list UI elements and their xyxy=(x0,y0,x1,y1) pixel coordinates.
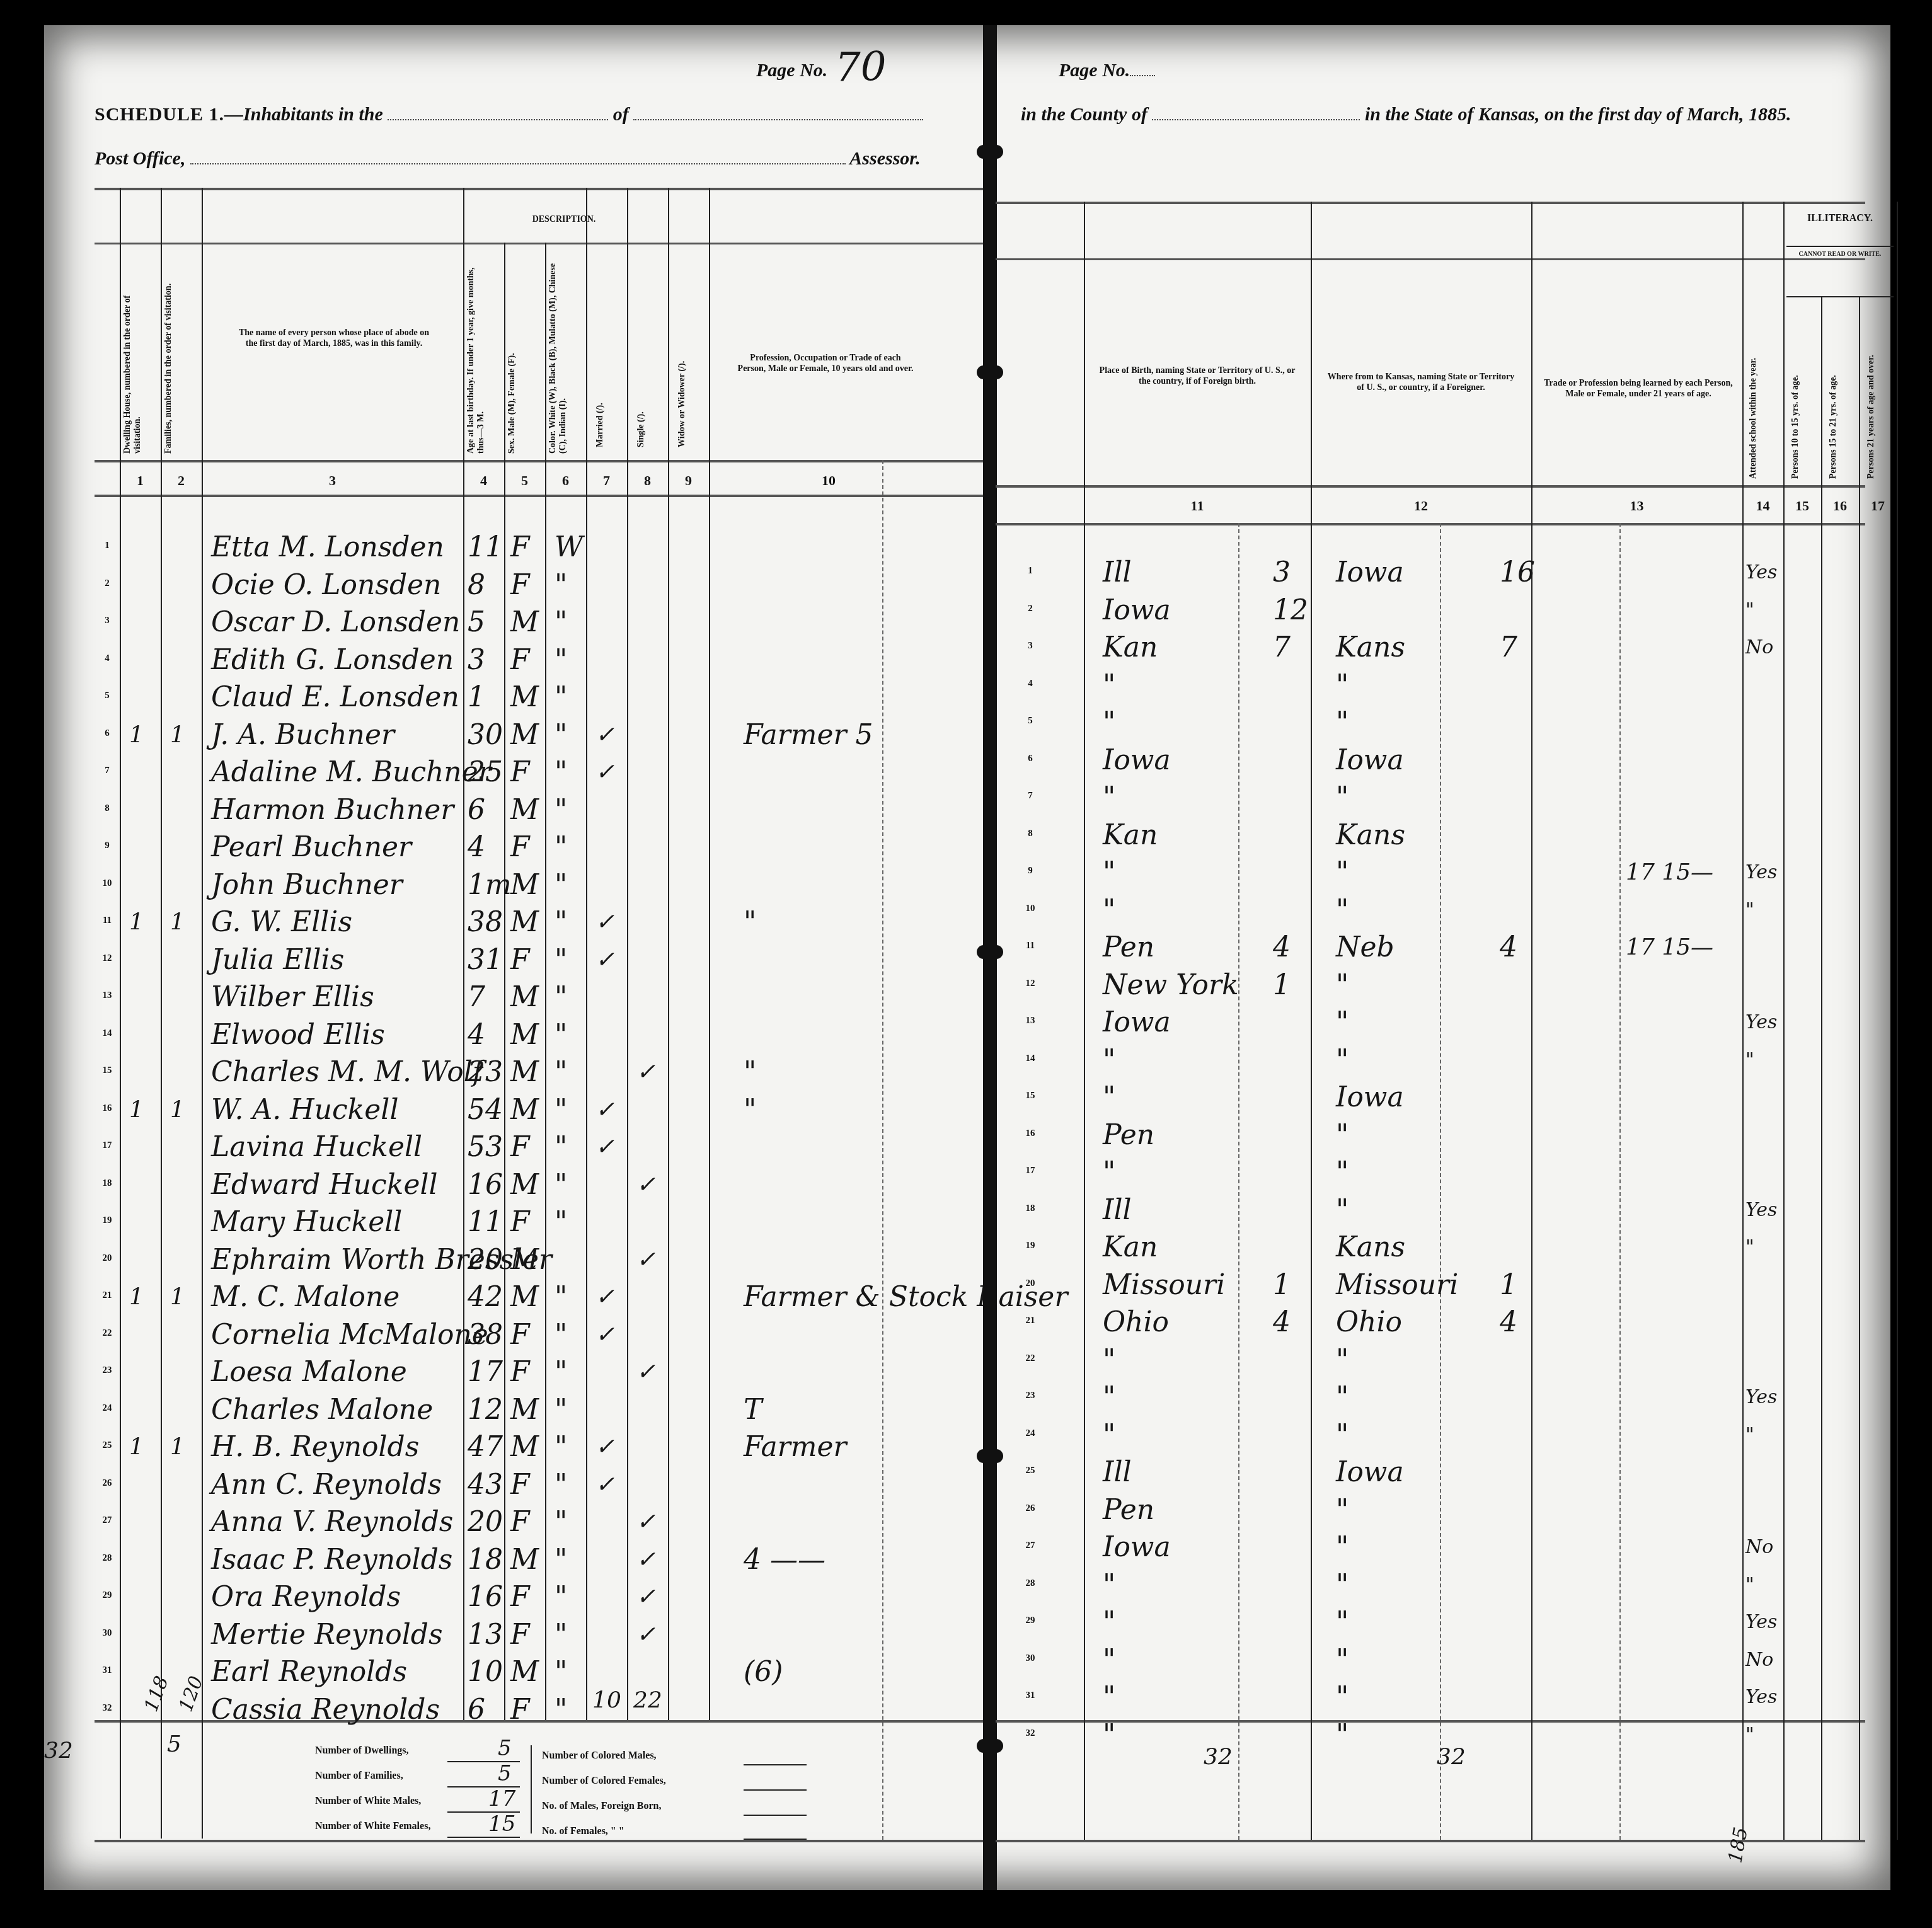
birth-place: " xyxy=(1103,1042,1115,1078)
dwelling-number: 1 xyxy=(129,1429,144,1465)
row-number: 25 xyxy=(1021,1466,1040,1476)
birth-tally: 4 xyxy=(1273,1304,1291,1340)
color: " xyxy=(555,829,567,865)
where-from: Iowa xyxy=(1336,742,1404,778)
sex: F xyxy=(510,1204,530,1240)
sex: F xyxy=(510,1579,530,1615)
col3-header: The name of every person whose place of … xyxy=(233,328,435,349)
row-number: 3 xyxy=(1021,641,1040,651)
birth-tally: 1 xyxy=(1273,1267,1291,1303)
age: 20 xyxy=(468,1242,503,1278)
color: " xyxy=(555,604,567,640)
birth-place: New York xyxy=(1103,967,1239,1003)
families-value: 5 xyxy=(498,1761,512,1786)
color: " xyxy=(555,1054,567,1090)
birth-place: Kan xyxy=(1103,817,1158,853)
age: 43 xyxy=(468,1467,503,1503)
row-number: 3 xyxy=(98,616,117,626)
age: 7 xyxy=(468,979,485,1015)
sex: M xyxy=(510,1542,539,1578)
attended-school: " xyxy=(1745,1417,1754,1453)
where-from: Iowa xyxy=(1336,1079,1404,1115)
row-number: 31 xyxy=(1021,1690,1040,1701)
colored-males-label: Number of Colored Males, xyxy=(542,1750,657,1762)
row-number: 27 xyxy=(1021,1541,1040,1551)
where-from: " xyxy=(1336,1567,1348,1603)
col-num: 2 xyxy=(161,473,202,489)
person-name: Ora Reynolds xyxy=(211,1579,401,1615)
married-mark: ✓ xyxy=(595,1092,614,1128)
married-mark: ✓ xyxy=(595,1467,614,1503)
row-number: 8 xyxy=(98,803,117,814)
age: 25 xyxy=(468,754,503,790)
row-number: 10 xyxy=(1021,904,1040,914)
color: " xyxy=(555,1129,567,1165)
person-name: Charles Malone xyxy=(211,1392,433,1428)
left-page: Page No. 70 SCHEDULE 1.—Inhabitants in t… xyxy=(44,25,983,1890)
color: " xyxy=(555,754,567,790)
single-mark: ✓ xyxy=(636,1354,655,1390)
birth-place: " xyxy=(1103,854,1115,890)
col8-header: Single (/). xyxy=(636,296,655,447)
where-from: " xyxy=(1336,1604,1348,1640)
age: 20 xyxy=(468,1504,503,1540)
row-number: 5 xyxy=(98,691,117,701)
sex: F xyxy=(510,1617,530,1653)
where-from: " xyxy=(1336,1042,1348,1078)
attended-school: " xyxy=(1745,1229,1754,1265)
birth-tally: 12 xyxy=(1273,592,1308,628)
birth-tally: 3 xyxy=(1273,554,1291,590)
row-number: 21 xyxy=(1021,1316,1040,1326)
birth-place: " xyxy=(1103,1379,1115,1415)
sex: F xyxy=(510,829,530,865)
birth-place: " xyxy=(1103,1079,1115,1115)
attended-school: No xyxy=(1745,1642,1773,1678)
birth-place: Kan xyxy=(1103,629,1158,665)
row-number: 18 xyxy=(1021,1203,1040,1214)
schedule-title: SCHEDULE 1.—Inhabitants in the of xyxy=(95,104,923,125)
from-tally: 16 xyxy=(1500,554,1535,590)
where-from: " xyxy=(1336,1004,1348,1040)
color: " xyxy=(555,679,567,715)
birth-tally: 4 xyxy=(1273,929,1291,965)
where-from: Iowa xyxy=(1336,554,1404,590)
family-number: 1 xyxy=(170,1092,185,1128)
birth-place: " xyxy=(1103,1717,1115,1753)
row-number: 30 xyxy=(1021,1653,1040,1664)
col-num: 5 xyxy=(504,473,545,489)
sex: F xyxy=(510,1692,530,1728)
census-page-scan: Page No. 70 SCHEDULE 1.—Inhabitants in t… xyxy=(44,25,1890,1890)
where-from: Iowa xyxy=(1336,1454,1404,1490)
sex: M xyxy=(510,604,539,640)
attended-school: " xyxy=(1745,592,1754,628)
age: 42 xyxy=(468,1279,503,1315)
row-number: 31 xyxy=(98,1665,117,1676)
birth-place: Ohio xyxy=(1103,1304,1169,1340)
dwellings-value: 5 xyxy=(498,1736,512,1761)
col-num: 3 xyxy=(202,473,463,489)
occupation: 4 —— xyxy=(744,1542,825,1578)
birth-place: " xyxy=(1103,1154,1115,1190)
row-number: 2 xyxy=(98,578,117,589)
birth-total: 32 xyxy=(1204,1739,1233,1775)
where-from: Neb xyxy=(1336,929,1394,965)
color: " xyxy=(555,1354,567,1390)
attended-school: Yes xyxy=(1745,854,1777,890)
sex: F xyxy=(510,529,530,565)
col13-header: Trade or Profession being learned by eac… xyxy=(1541,378,1736,399)
sex: M xyxy=(510,1654,539,1690)
family-total: 120 xyxy=(168,1671,214,1717)
col11-header: Place of Birth, naming State or Territor… xyxy=(1093,365,1301,387)
family-number: 1 xyxy=(170,904,185,940)
color: " xyxy=(555,1167,567,1203)
page-number-label-left: Page No. xyxy=(756,60,827,81)
col-num: 7 xyxy=(586,473,627,489)
birth-place: Iowa xyxy=(1103,592,1171,628)
row-number: 11 xyxy=(98,915,117,926)
age: 18 xyxy=(468,1542,503,1578)
row-number: 23 xyxy=(98,1365,117,1376)
color: " xyxy=(555,867,567,903)
col-num: 12 xyxy=(1311,498,1531,514)
where-from: Kans xyxy=(1336,817,1405,853)
col1-header: Dwelling House, numbered in the order of… xyxy=(123,271,158,454)
sex: M xyxy=(510,1242,539,1278)
row-number: 24 xyxy=(98,1403,117,1414)
right-page: Page No. in the County of in the State o… xyxy=(996,25,1890,1890)
where-from: " xyxy=(1336,704,1348,740)
foreign-females-label: No. of Females, " " xyxy=(542,1826,624,1837)
col6-header: Color. White (W), Black (B), Mulatto (M)… xyxy=(548,252,583,454)
sex: F xyxy=(510,567,530,603)
where-from: " xyxy=(1336,779,1348,815)
color: " xyxy=(555,979,567,1015)
color: " xyxy=(555,904,567,940)
row-number: 14 xyxy=(98,1028,117,1039)
person-name: G. W. Ellis xyxy=(211,904,352,940)
age: 38 xyxy=(468,1317,503,1353)
attended-school: Yes xyxy=(1745,1192,1777,1228)
person-name: Edward Huckell xyxy=(211,1167,438,1203)
sex: M xyxy=(510,904,539,940)
white-males-label: Number of White Males, xyxy=(315,1796,421,1807)
single-mark: ✓ xyxy=(636,1579,655,1615)
color: " xyxy=(555,1017,567,1053)
row-number: 4 xyxy=(98,653,117,664)
col7-header: Married (/). xyxy=(595,296,614,447)
color: W xyxy=(555,529,583,565)
birth-place: " xyxy=(1103,1679,1115,1715)
birth-place: Iowa xyxy=(1103,1004,1171,1040)
row-number: 29 xyxy=(1021,1615,1040,1626)
white-males-value: 17 xyxy=(488,1786,515,1811)
birth-place: Kan xyxy=(1103,1229,1158,1265)
from-tally: 4 xyxy=(1500,929,1517,965)
person-name: Isaac P. Reynolds xyxy=(211,1542,452,1578)
dwelling-number: 1 xyxy=(129,904,144,940)
row-number: 7 xyxy=(1021,791,1040,801)
birth-place: " xyxy=(1103,1417,1115,1453)
post-office-line: Post Office, Assessor. xyxy=(95,148,921,169)
birth-place: " xyxy=(1103,1604,1115,1640)
row-number: 29 xyxy=(98,1590,117,1601)
where-from: Ohio xyxy=(1336,1304,1402,1340)
col-num: 13 xyxy=(1531,498,1742,514)
person-name: Loesa Malone xyxy=(211,1354,407,1390)
from-total: 32 xyxy=(1437,1739,1466,1775)
row-number: 32 xyxy=(1021,1728,1040,1739)
row-number: 1 xyxy=(1021,566,1040,577)
single-total: 22 xyxy=(633,1682,662,1718)
age: 11 xyxy=(468,529,503,565)
age: 4 xyxy=(468,829,485,865)
row-number: 5 xyxy=(1021,716,1040,726)
attended-school: Yes xyxy=(1745,554,1777,590)
colored-females-label: Number of Colored Females, xyxy=(542,1776,666,1787)
sex: F xyxy=(510,642,530,678)
color: " xyxy=(555,1429,567,1465)
description-group-header: DESCRIPTION. xyxy=(507,214,621,225)
occupation: T xyxy=(744,1392,762,1428)
age: 1 xyxy=(468,679,485,715)
row-number: 15 xyxy=(98,1065,117,1076)
where-from: " xyxy=(1336,967,1348,1003)
row-number: 21 xyxy=(98,1290,117,1301)
age: 17 xyxy=(468,1354,503,1390)
age: 31 xyxy=(468,942,503,978)
row-number: 22 xyxy=(1021,1353,1040,1364)
color: " xyxy=(555,942,567,978)
person-name: Julia Ellis xyxy=(211,942,344,978)
sex: M xyxy=(510,1167,539,1203)
sex: M xyxy=(510,979,539,1015)
person-name: Anna V. Reynolds xyxy=(211,1504,453,1540)
where-from: " xyxy=(1336,1642,1348,1678)
age: 10 xyxy=(468,1654,503,1690)
person-name: Adaline M. Buchner xyxy=(211,754,492,790)
married-mark: ✓ xyxy=(595,1429,614,1465)
color: " xyxy=(555,1579,567,1615)
where-from: " xyxy=(1336,1417,1348,1453)
color: " xyxy=(555,717,567,753)
sex: F xyxy=(510,1467,530,1503)
single-mark: ✓ xyxy=(636,1167,655,1203)
row-number: 25 xyxy=(98,1440,117,1451)
sex: F xyxy=(510,1354,530,1390)
person-name: Charles M. M. Wolf xyxy=(211,1054,483,1090)
sex: M xyxy=(510,1017,539,1053)
color: " xyxy=(555,1504,567,1540)
birth-place: Ill xyxy=(1103,554,1132,590)
col5-header: Sex. Male (M), Female (F). xyxy=(507,252,542,454)
age: 16 xyxy=(468,1167,503,1203)
married-mark: ✓ xyxy=(595,754,614,790)
col17-header: Persons 21 years of age and over. xyxy=(1866,302,1892,479)
person-name: John Buchner xyxy=(211,867,403,903)
person-name: J. A. Buchner xyxy=(211,717,394,753)
row-number: 2 xyxy=(1021,604,1040,614)
row-number: 19 xyxy=(98,1215,117,1226)
row-number: 32 xyxy=(98,1703,117,1714)
row-number: 6 xyxy=(98,728,117,739)
row-number: 20 xyxy=(1021,1278,1040,1289)
where-from: " xyxy=(1336,667,1348,703)
birth-place: " xyxy=(1103,1567,1115,1603)
age: 6 xyxy=(468,792,485,828)
row-number: 4 xyxy=(1021,679,1040,689)
row-number: 26 xyxy=(1021,1503,1040,1514)
person-name: Edith G. Lonsden xyxy=(211,642,454,678)
birth-place: Ill xyxy=(1103,1454,1132,1490)
where-from: Kans xyxy=(1336,629,1405,665)
where-from: " xyxy=(1336,1379,1348,1415)
birth-place: " xyxy=(1103,1342,1115,1378)
page-number-left: 70 xyxy=(835,44,886,91)
where-from: " xyxy=(1336,1529,1348,1565)
birth-place: " xyxy=(1103,779,1115,815)
color: " xyxy=(555,567,567,603)
where-from: " xyxy=(1336,1192,1348,1228)
row-number: 17 xyxy=(1021,1166,1040,1176)
person-name: Earl Reynolds xyxy=(211,1654,407,1690)
person-name: H. B. Reynolds xyxy=(211,1429,419,1465)
sex: M xyxy=(510,1429,539,1465)
attended-school: " xyxy=(1745,892,1754,928)
occupation: Farmer 5 xyxy=(744,717,873,753)
color: " xyxy=(555,1317,567,1353)
birth-place: Missouri xyxy=(1103,1267,1225,1303)
row-number: 6 xyxy=(1021,754,1040,764)
color: " xyxy=(555,1654,567,1690)
row-number: 14 xyxy=(1021,1053,1040,1064)
sex: F xyxy=(510,942,530,978)
row-number: 13 xyxy=(1021,1016,1040,1026)
from-tally: 4 xyxy=(1500,1304,1517,1340)
single-mark: ✓ xyxy=(636,1054,655,1090)
row-number: 9 xyxy=(98,841,117,851)
age: 16 xyxy=(468,1579,503,1615)
person-name: Wilber Ellis xyxy=(211,979,374,1015)
birth-place: Pen xyxy=(1103,929,1154,965)
single-mark: ✓ xyxy=(636,1242,655,1278)
occupation: " xyxy=(744,1054,756,1090)
age: 11 xyxy=(468,1204,503,1240)
where-from: " xyxy=(1336,1717,1348,1753)
person-name: Etta M. Lonsden xyxy=(211,529,444,565)
col-num: 9 xyxy=(668,473,709,489)
row-number: 12 xyxy=(98,953,117,964)
where-from: " xyxy=(1336,1154,1348,1190)
attended-school: " xyxy=(1745,1717,1754,1753)
col16-header: Persons 15 to 21 yrs. of age. xyxy=(1829,302,1854,479)
row-number: 27 xyxy=(98,1515,117,1526)
person-name: Claud E. Lonsden xyxy=(211,679,459,715)
attended-school: Yes xyxy=(1745,1379,1777,1415)
family-number: 1 xyxy=(170,717,185,753)
col-num: 17 xyxy=(1859,498,1897,514)
cannot-read-header: CANNOT READ OR WRITE. xyxy=(1786,249,1894,260)
color: " xyxy=(555,1392,567,1428)
sex: F xyxy=(510,754,530,790)
dwellings-margin-total: 5 xyxy=(167,1726,181,1762)
col-num: 1 xyxy=(120,473,161,489)
from-tally: 1 xyxy=(1500,1267,1517,1303)
col10-header: Profession, Occupation or Trade of each … xyxy=(737,353,914,374)
age: 1m xyxy=(468,867,512,903)
attended-school: No xyxy=(1745,1529,1773,1565)
row-number: 18 xyxy=(98,1178,117,1189)
row-number: 30 xyxy=(98,1628,117,1639)
col-num: 15 xyxy=(1783,498,1821,514)
trade-learning: 17 15— xyxy=(1626,854,1713,890)
row-number: 11 xyxy=(1021,941,1040,951)
birth-place: Iowa xyxy=(1103,742,1171,778)
where-from: Missouri xyxy=(1336,1267,1458,1303)
married-mark: ✓ xyxy=(595,1129,614,1165)
married-mark: ✓ xyxy=(595,1279,614,1315)
color: " xyxy=(555,642,567,678)
white-females-value: 15 xyxy=(488,1811,515,1837)
row-number: 26 xyxy=(98,1478,117,1489)
dwelling-number: 1 xyxy=(129,717,144,753)
family-number: 1 xyxy=(170,1279,185,1315)
row-number: 10 xyxy=(98,878,117,889)
age: 38 xyxy=(468,904,503,940)
single-mark: ✓ xyxy=(636,1542,655,1578)
married-mark: ✓ xyxy=(595,904,614,940)
sex: M xyxy=(510,1092,539,1128)
row-number: 20 xyxy=(98,1253,117,1264)
where-from: Kans xyxy=(1336,1229,1405,1265)
person-name: Oscar D. Lonsden xyxy=(211,604,460,640)
sex: M xyxy=(510,792,539,828)
family-number: 1 xyxy=(170,1429,185,1465)
age: 53 xyxy=(468,1129,503,1165)
person-name: Cornelia McMalone xyxy=(211,1317,488,1353)
age: 13 xyxy=(468,1617,503,1653)
married-mark: ✓ xyxy=(595,942,614,978)
birth-tally: 7 xyxy=(1273,629,1291,665)
row-number: 15 xyxy=(1021,1091,1040,1101)
age: 54 xyxy=(468,1092,503,1128)
row-number: 16 xyxy=(1021,1128,1040,1139)
col9-header: Widow or Widower (/). xyxy=(677,277,696,447)
color: " xyxy=(555,1279,567,1315)
where-from: " xyxy=(1336,854,1348,890)
attended-school: " xyxy=(1745,1567,1754,1603)
birth-place: " xyxy=(1103,704,1115,740)
col-num: 10 xyxy=(709,473,948,489)
col-num: 8 xyxy=(627,473,668,489)
age: 47 xyxy=(468,1429,503,1465)
occupation: Farmer xyxy=(744,1429,847,1465)
color: " xyxy=(555,792,567,828)
col-num: 6 xyxy=(545,473,586,489)
col-num: 16 xyxy=(1821,498,1859,514)
trade-learning: 17 15— xyxy=(1626,929,1713,965)
foreign-males-label: No. of Males, Foreign Born, xyxy=(542,1801,661,1812)
row-number: 7 xyxy=(98,766,117,776)
county-line: in the County of in the State of Kansas,… xyxy=(1021,104,1791,125)
sex: F xyxy=(510,1129,530,1165)
married-total: 10 xyxy=(592,1682,621,1718)
birth-tally: 1 xyxy=(1273,967,1291,1003)
sex: M xyxy=(510,1392,539,1428)
col15-header: Persons 10 to 15 yrs. of age. xyxy=(1791,302,1816,479)
